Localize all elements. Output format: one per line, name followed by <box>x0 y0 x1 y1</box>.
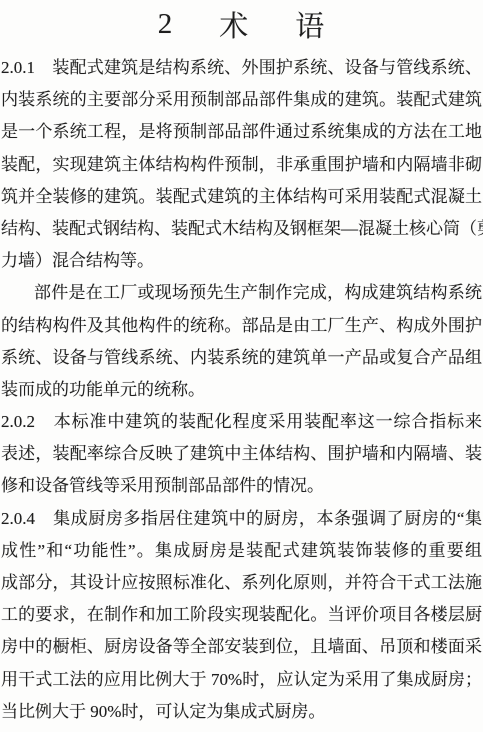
text-line: 内装系统的主要部分采用预制部品部件集成的建筑。装配式建筑 <box>1 84 482 116</box>
text-line: 系统、设备与管线系统、内装系统的建筑单一产品或复合产品组 <box>1 342 482 374</box>
document-body: 2.0.1 装配式建筑是结构系统、外围护系统、设备与管线系统、 内装系统的主要部… <box>0 52 483 728</box>
text-line: 结构、装配式钢结构、装配式木结构及钢框架—混凝土核心筒（剪 <box>1 213 482 245</box>
text-line: 房中的橱柜、厨房设备等全部安装到位，且墙面、吊顶和楼面采 <box>1 631 482 663</box>
text-line: 2.0.4 集成厨房多指居住建筑中的厨房，本条强调了厨房的“集 <box>1 503 482 535</box>
text-line: 用干式工法的应用比例大于 70%时，应认定为采用了集成厨房； <box>1 664 482 696</box>
text-line: 筑并全装修的建筑。装配式建筑的主体结构可采用装配式混凝土 <box>1 181 482 213</box>
section-title-char-2: 语 <box>295 4 325 45</box>
text-line: 表述，装配率综合反映了建筑中主体结构、围护墙和内隔墙、装 <box>1 438 482 470</box>
text-line: 是一个系统工程，是将预制部品部件通过系统集成的方法在工地 <box>1 116 482 148</box>
text-line: 当比例大于 90%时，可认定为集成式厨房。 <box>1 696 482 728</box>
text-line: 力墙）混合结构等。 <box>1 245 482 277</box>
text-line: 2.0.2 本标准中建筑的装配化程度采用装配率这一综合指标来 <box>1 406 482 438</box>
text-line: 成部分，其设计应按照标准化、系列化原则，并符合干式工法施 <box>1 567 482 599</box>
document-page: 2 术 语 2.0.1 装配式建筑是结构系统、外围护系统、设备与管线系统、 内装… <box>0 0 483 732</box>
text-line: 部件是在工厂或现场预先生产制作完成，构成建筑结构系统 <box>1 277 482 309</box>
text-line: 修和设备管线等采用预制部品部件的情况。 <box>1 470 482 502</box>
text-line: 2.0.1 装配式建筑是结构系统、外围护系统、设备与管线系统、 <box>1 52 482 84</box>
text-line: 成性”和“功能性”。集成厨房是装配式建筑装饰装修的重要组 <box>1 535 482 567</box>
section-title-char-1: 术 <box>219 4 249 45</box>
text-line: 装配，实现建筑主体结构构件预制，非承重围护墙和内隔墙非砌 <box>1 149 482 181</box>
text-line: 的结构构件及其他构件的统称。部品是由工厂生产、构成外围护 <box>1 310 482 342</box>
text-line: 装而成的功能单元的统称。 <box>1 374 482 406</box>
text-line: 工的要求，在制作和加工阶段实现装配化。当评价项目各楼层厨 <box>1 599 482 631</box>
section-title-number: 2 <box>158 8 174 41</box>
section-title: 2 术 语 <box>0 3 483 45</box>
